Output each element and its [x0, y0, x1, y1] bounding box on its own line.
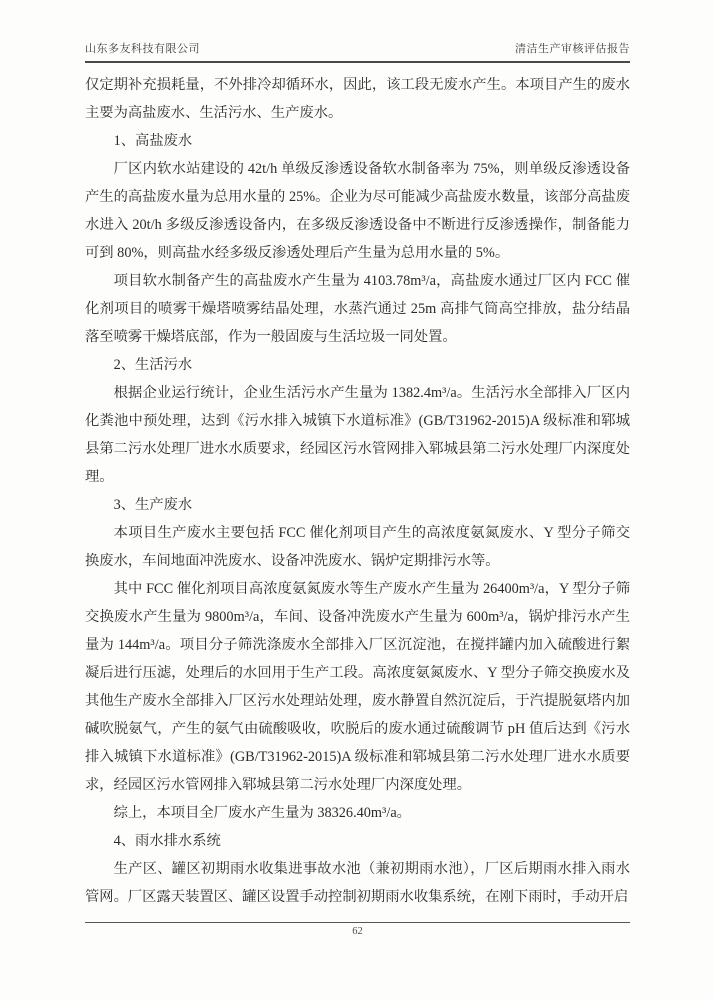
- body-paragraph: 综上，本项目全厂废水产生量为 38326.40m³/a。: [85, 799, 630, 827]
- page-header: 山东多友科技有限公司 清洁生产审核评估报告: [85, 40, 630, 63]
- section-heading: 2、生活污水: [85, 351, 630, 379]
- body-paragraph: 本项目生产废水主要包括 FCC 催化剂项目产生的高浓度氨氮废水、Y 型分子筛交换…: [85, 519, 630, 575]
- footer-divider: [85, 922, 630, 923]
- section-heading: 1、高盐废水: [85, 127, 630, 155]
- body-paragraph: 厂区内软水站建设的 42t/h 单级反渗透设备软水制备率为 75%，则单级反渗透…: [85, 155, 630, 267]
- body-paragraph: 其中 FCC 催化剂项目高浓度氨氮废水等生产废水产生量为 26400m³/a，Y…: [85, 575, 630, 799]
- body-paragraph: 根据企业运行统计，企业生活污水产生量为 1382.4m³/a。生活污水全部排入厂…: [85, 379, 630, 491]
- section-heading: 4、雨水排水系统: [85, 827, 630, 855]
- body-paragraph: 生产区、罐区初期雨水收集进事故水池（兼初期雨水池），厂区后期雨水排入雨水管网。厂…: [85, 855, 630, 911]
- page-number: 62: [352, 926, 363, 937]
- header-report-title: 清洁生产审核评估报告: [515, 40, 630, 56]
- body-paragraph: 项目软水制备产生的高盐废水产生量为 4103.78m³/a，高盐废水通过厂区内 …: [85, 267, 630, 351]
- document-page: 山东多友科技有限公司 清洁生产审核评估报告 仅定期补充损耗量，不外排冷却循环水，…: [0, 0, 713, 1000]
- section-heading: 3、生产废水: [85, 491, 630, 519]
- page-footer: 62: [85, 926, 630, 937]
- body-paragraph: 仅定期补充损耗量，不外排冷却循环水，因此，该工段无废水产生。本项目产生的废水主要…: [85, 71, 630, 127]
- header-company-name: 山东多友科技有限公司: [85, 40, 200, 56]
- document-body: 仅定期补充损耗量，不外排冷却循环水，因此，该工段无废水产生。本项目产生的废水主要…: [85, 71, 630, 911]
